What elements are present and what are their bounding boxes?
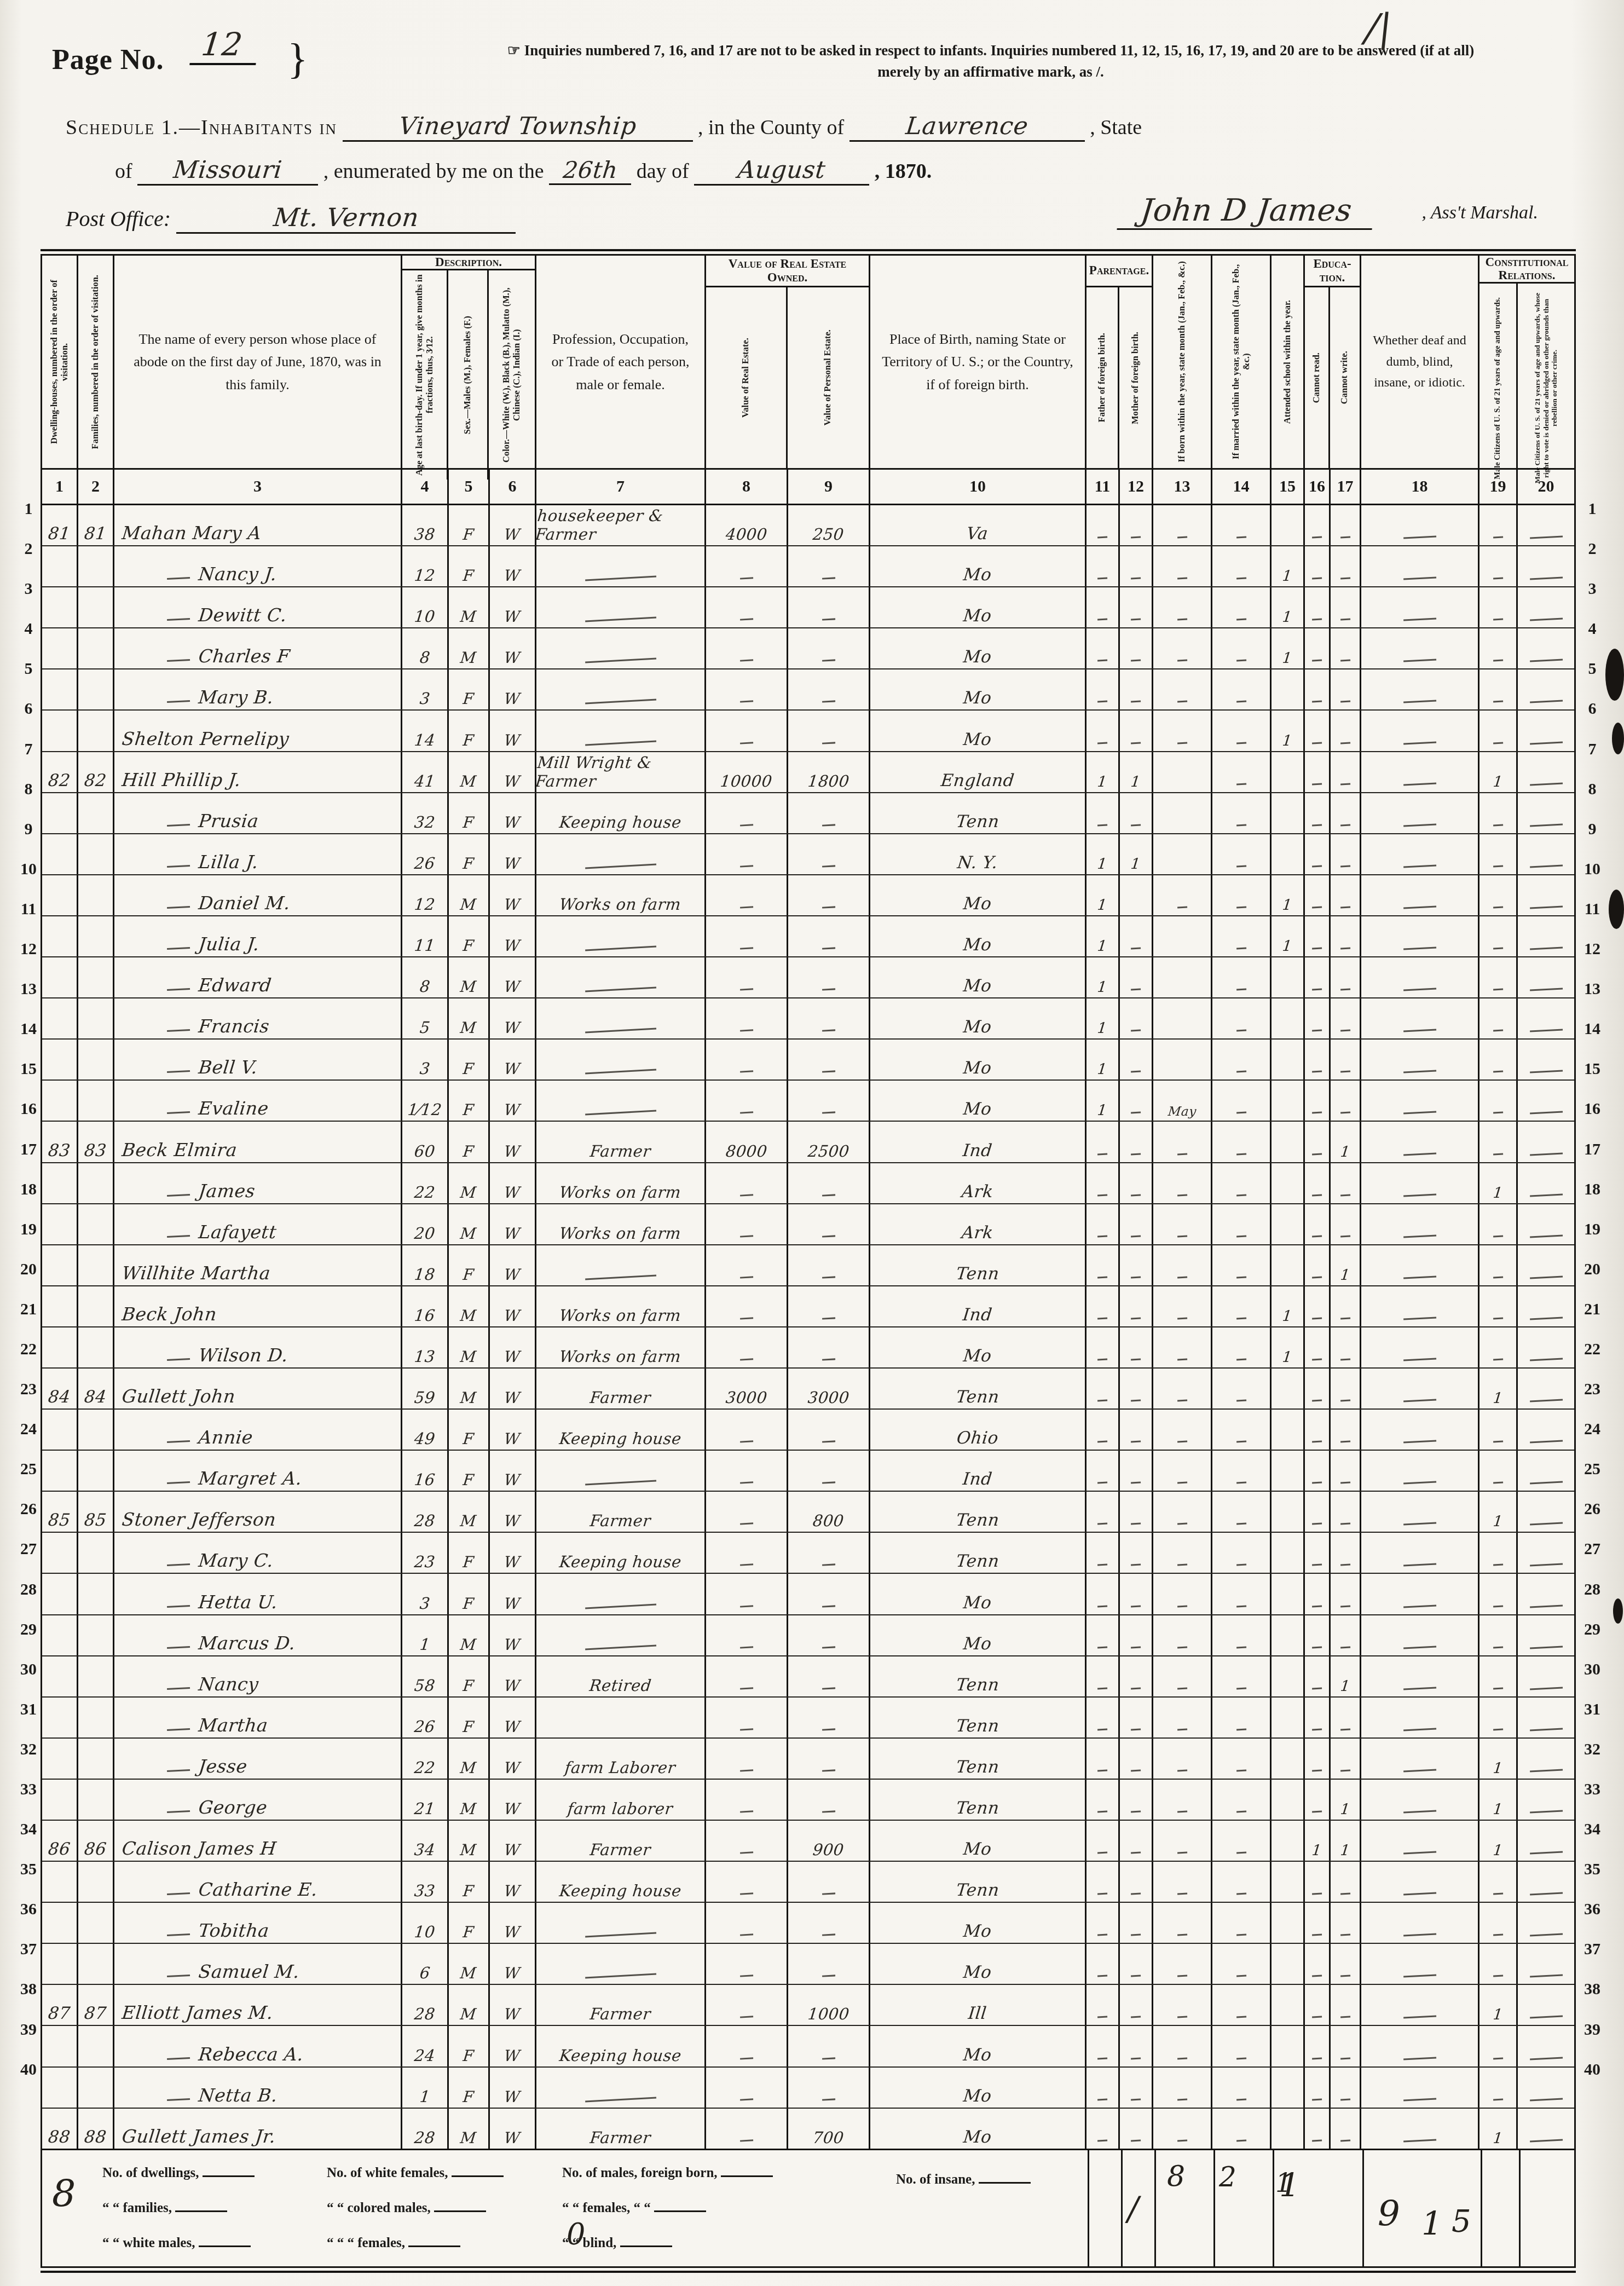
cell-real-estate: 4000 — [706, 505, 788, 545]
cell-mark-19: 1 — [1479, 1163, 1518, 1203]
row-number-left: 1 — [16, 497, 41, 536]
cell-mark-14 — [1212, 1862, 1272, 1902]
col-number-12: 12 — [1120, 470, 1153, 504]
cell-mark-13 — [1153, 2068, 1212, 2108]
cell-mark-12 — [1120, 793, 1153, 833]
cell-age: 13 — [402, 1327, 449, 1367]
table-header: Dwelling-houses, numbered in the order o… — [42, 256, 1574, 470]
cell-name: Wilson D. — [114, 1327, 402, 1367]
table-row: Annie49FWKeeping houseOhio — [42, 1410, 1574, 1451]
cell-age: 32 — [402, 793, 449, 833]
cell-mark-17 — [1331, 1985, 1361, 2025]
stray-mark: /| — [1363, 5, 1395, 50]
row-number-right: 16 — [1580, 1096, 1604, 1136]
cell-mark-16 — [1305, 1533, 1331, 1573]
cell-mark-20 — [1518, 1821, 1574, 1861]
cell-mark-18 — [1361, 1574, 1479, 1614]
row-number-right: 11 — [1580, 897, 1604, 937]
cell-age: 8 — [402, 628, 449, 668]
cell-mark-19 — [1479, 628, 1518, 668]
cell-birthplace: Mo — [870, 546, 1086, 586]
row-number-left: 24 — [16, 1417, 41, 1457]
cell-mark-11: 1 — [1086, 752, 1120, 792]
col-label-1: Dwelling-houses, numbered in the order o… — [49, 261, 70, 463]
cell-sex: M — [449, 998, 490, 1038]
cell-family — [78, 1780, 114, 1820]
cell-age: 26 — [402, 1698, 449, 1737]
cell-real-estate — [706, 793, 788, 833]
cell-family — [78, 2026, 114, 2066]
cell-personal-estate — [788, 669, 870, 709]
col-label-6: Color.—White (W.), Black (B.), Mulatto (… — [501, 274, 522, 476]
table-row: 8282Hill Phillip J.41MWMill Wright & Far… — [42, 752, 1574, 793]
col-label-20: Male Citizens of U. S. of 21 years of ag… — [1533, 287, 1559, 489]
cell-color: W — [490, 875, 536, 915]
cell-mark-18 — [1361, 1698, 1479, 1737]
cell-mark-17 — [1331, 1163, 1361, 1203]
cell-mark-14 — [1212, 1698, 1272, 1737]
cell-color: W — [490, 1122, 536, 1162]
col-number-2: 2 — [78, 470, 114, 504]
cell-birthplace: Mo — [870, 916, 1086, 956]
cell-birthplace: Tenn — [870, 1369, 1086, 1408]
row-number-right: 34 — [1580, 1817, 1604, 1857]
cell-mark-18 — [1361, 1040, 1479, 1079]
col-label-8: Value of Real Estate. — [741, 338, 751, 418]
cell-mark-20 — [1518, 1245, 1574, 1285]
cell-sex: F — [449, 1451, 490, 1491]
cell-sex: F — [449, 1040, 490, 1079]
cell-mark-17 — [1331, 628, 1361, 668]
cell-mark-13 — [1153, 1903, 1212, 1943]
cell-mark-16 — [1305, 505, 1331, 545]
cell-occupation — [536, 1451, 706, 1491]
cell-age: 28 — [402, 1985, 449, 2025]
row-number-left: 23 — [16, 1377, 41, 1417]
cell-age: 18 — [402, 1245, 449, 1285]
cell-personal-estate — [788, 1163, 870, 1203]
cell-dwelling — [42, 1656, 78, 1696]
row-number-right: 40 — [1580, 2057, 1604, 2097]
cell-mark-20 — [1518, 1615, 1574, 1655]
cell-dwelling — [42, 1451, 78, 1491]
col-number-9: 9 — [788, 470, 870, 504]
cell-dwelling — [42, 546, 78, 586]
cell-family — [78, 1163, 114, 1203]
cell-mark-18 — [1361, 1122, 1479, 1162]
cell-mark-13 — [1153, 875, 1212, 915]
row-number-gutter-left: 1234567891011121314151617181920212223242… — [16, 249, 41, 2273]
table-row: Willhite Martha18FWTenn1 — [42, 1245, 1574, 1286]
cell-mark-12 — [1120, 957, 1153, 997]
cell-mark-13 — [1153, 1739, 1212, 1779]
group-description: Description. Age at last birth-day. If u… — [402, 256, 536, 468]
cell-age: 22 — [402, 1739, 449, 1779]
cell-mark-16 — [1305, 2109, 1331, 2149]
cell-age: 3 — [402, 1040, 449, 1079]
cell-mark-18 — [1361, 505, 1479, 545]
cell-mark-11: 1 — [1086, 875, 1120, 915]
cell-name: Beck John — [114, 1286, 402, 1326]
cell-personal-estate — [788, 916, 870, 956]
cell-mark-14 — [1212, 752, 1272, 792]
cell-mark-20 — [1518, 2026, 1574, 2066]
cell-birthplace: Ark — [870, 1163, 1086, 1203]
cell-birthplace: Tenn — [870, 1492, 1086, 1532]
cell-mark-19 — [1479, 505, 1518, 545]
cell-mark-12 — [1120, 875, 1153, 915]
cell-age: 11 — [402, 916, 449, 956]
col-number-16: 16 — [1305, 470, 1331, 504]
cell-family — [78, 1204, 114, 1244]
cell-color: W — [490, 1821, 536, 1861]
cell-personal-estate — [788, 2026, 870, 2066]
cell-birthplace: Mo — [870, 1327, 1086, 1367]
cell-mark-18 — [1361, 628, 1479, 668]
cell-dwelling — [42, 1081, 78, 1121]
cell-mark-18 — [1361, 1656, 1479, 1696]
cell-age: 49 — [402, 1410, 449, 1450]
cell-mark-12 — [1120, 1204, 1153, 1244]
cell-age: 1 — [402, 2068, 449, 2108]
cell-mark-20 — [1518, 752, 1574, 792]
col-label-17: Cannot write. — [1339, 351, 1350, 404]
cell-sex: M — [449, 1369, 490, 1408]
cell-sex: M — [449, 1327, 490, 1367]
table-row: Daniel M.12MWWorks on farmMo11 — [42, 875, 1574, 916]
cell-family — [78, 916, 114, 956]
cell-mark-19 — [1479, 546, 1518, 586]
cell-occupation: Farmer — [536, 1492, 706, 1532]
cell-dwelling — [42, 1204, 78, 1244]
cell-color: W — [490, 752, 536, 792]
cell-mark-11 — [1086, 1163, 1120, 1203]
col-label-16: Cannot read. — [1311, 353, 1322, 403]
cell-mark-16 — [1305, 1780, 1331, 1820]
cell-mark-16 — [1305, 628, 1331, 668]
cell-mark-12 — [1120, 2109, 1153, 2149]
cell-personal-estate — [788, 2068, 870, 2108]
township-value: Vineyard Township — [397, 112, 638, 140]
enumerated-label: , enumerated by me on the — [323, 160, 544, 183]
cell-mark-19 — [1479, 1698, 1518, 1737]
cell-mark-13 — [1153, 1615, 1212, 1655]
row-number-left: 2 — [16, 536, 41, 576]
cell-mark-14 — [1212, 1574, 1272, 1614]
cell-name: Martha — [114, 1698, 402, 1737]
cell-occupation: farm Laborer — [536, 1739, 706, 1779]
cell-real-estate — [706, 1780, 788, 1820]
cell-mark-14 — [1212, 1040, 1272, 1079]
cell-mark-12 — [1120, 1780, 1153, 1820]
cell-mark-19 — [1479, 916, 1518, 956]
cell-mark-14 — [1212, 2109, 1272, 2149]
cell-mark-12 — [1120, 1081, 1153, 1121]
cell-mark-13 — [1153, 1492, 1212, 1532]
tally-white-females-label: No. of white females, — [327, 2166, 448, 2180]
cell-occupation — [536, 1040, 706, 1079]
cell-family: 81 — [78, 505, 114, 545]
row-number-right: 1 — [1580, 497, 1604, 536]
cell-sex: F — [449, 1410, 490, 1450]
cell-color: W — [490, 628, 536, 668]
cell-dwelling — [42, 711, 78, 751]
cell-birthplace: Ind — [870, 1451, 1086, 1491]
cell-mark-18 — [1361, 2026, 1479, 2066]
cell-mark-15 — [1272, 1862, 1305, 1902]
cell-personal-estate — [788, 587, 870, 627]
cell-name: George — [114, 1780, 402, 1820]
cell-mark-14 — [1212, 628, 1272, 668]
cell-mark-20 — [1518, 669, 1574, 709]
row-number-left: 6 — [16, 696, 41, 736]
cell-mark-18 — [1361, 1451, 1479, 1491]
cell-mark-20 — [1518, 628, 1574, 668]
cell-mark-18 — [1361, 752, 1479, 792]
cell-mark-18 — [1361, 1821, 1479, 1861]
cell-mark-15 — [1272, 1780, 1305, 1820]
column-number-row: 1234567891011121314151617181920 — [42, 470, 1574, 505]
cell-family — [78, 669, 114, 709]
cell-sex: M — [449, 1821, 490, 1861]
cell-occupation: Farmer — [536, 1369, 706, 1408]
cell-mark-11: 1 — [1086, 957, 1120, 997]
cell-mark-11 — [1086, 546, 1120, 586]
cell-mark-11 — [1086, 711, 1120, 751]
cell-personal-estate: 3000 — [788, 1369, 870, 1408]
cell-age: 10 — [402, 587, 449, 627]
row-number-left: 19 — [16, 1217, 41, 1257]
cell-mark-13 — [1153, 1369, 1212, 1408]
cell-real-estate — [706, 875, 788, 915]
cell-occupation: Keeping house — [536, 1410, 706, 1450]
cell-mark-12 — [1120, 1040, 1153, 1079]
cell-sex: F — [449, 1574, 490, 1614]
col-number-3: 3 — [114, 470, 402, 504]
cell-age: 22 — [402, 1163, 449, 1203]
cell-mark-20 — [1518, 916, 1574, 956]
row-number-right: 30 — [1580, 1657, 1604, 1697]
page-no-label: Page No. — [52, 44, 164, 76]
cell-real-estate — [706, 1245, 788, 1285]
cell-mark-17 — [1331, 1451, 1361, 1491]
cell-personal-estate — [788, 1944, 870, 1984]
cell-mark-20 — [1518, 1492, 1574, 1532]
cell-mark-14 — [1212, 1451, 1272, 1491]
cell-mark-20 — [1518, 1451, 1574, 1491]
cell-age: 14 — [402, 711, 449, 751]
cell-mark-14 — [1212, 793, 1272, 833]
cell-mark-12 — [1120, 711, 1153, 751]
cell-mark-19 — [1479, 1410, 1518, 1450]
cell-mark-19: 1 — [1479, 1739, 1518, 1779]
cell-mark-19: 1 — [1479, 1985, 1518, 2025]
cell-mark-16 — [1305, 1369, 1331, 1408]
cell-mark-15 — [1272, 1656, 1305, 1696]
group-education: Educa-tion. Cannot read. Cannot write. — [1305, 256, 1361, 468]
cell-dwelling: 81 — [42, 505, 78, 545]
cell-mark-11 — [1086, 1410, 1120, 1450]
cell-mark-13 — [1153, 1862, 1212, 1902]
cell-color: W — [490, 1698, 536, 1737]
cell-name: Julia J. — [114, 916, 402, 956]
cell-mark-11 — [1086, 1574, 1120, 1614]
cell-color: W — [490, 1286, 536, 1326]
cell-sex: M — [449, 875, 490, 915]
cell-mark-18 — [1361, 1862, 1479, 1902]
cell-age: 33 — [402, 1862, 449, 1902]
cell-real-estate — [706, 1985, 788, 2025]
cell-mark-20 — [1518, 1985, 1574, 2025]
cell-dwelling — [42, 1780, 78, 1820]
table-row: James22MWWorks on farmArk1 — [42, 1163, 1574, 1204]
cell-sex: F — [449, 1656, 490, 1696]
cell-occupation: Works on farm — [536, 875, 706, 915]
table-row: 8484Gullett John59MWFarmer30003000Tenn1 — [42, 1369, 1574, 1410]
cell-mark-19 — [1479, 1656, 1518, 1696]
cell-name: Jesse — [114, 1739, 402, 1779]
cell-name: Evaline — [114, 1081, 402, 1121]
cell-dwelling — [42, 1944, 78, 1984]
cell-mark-13 — [1153, 628, 1212, 668]
cell-mark-13 — [1153, 2109, 1212, 2149]
cell-mark-17 — [1331, 587, 1361, 627]
cell-mark-13 — [1153, 1780, 1212, 1820]
scan-smudge — [1609, 890, 1624, 929]
row-number-right: 35 — [1580, 1857, 1604, 1897]
row-number-right: 28 — [1580, 1577, 1604, 1617]
col-number-1: 1 — [42, 470, 78, 504]
cell-occupation: Works on farm — [536, 1204, 706, 1244]
cell-sex: M — [449, 628, 490, 668]
row-number-left: 32 — [16, 1737, 41, 1777]
cell-mark-11 — [1086, 1780, 1120, 1820]
cell-mark-17 — [1331, 2068, 1361, 2108]
cell-mark-19 — [1479, 957, 1518, 997]
cell-real-estate — [706, 1492, 788, 1532]
row-number-right: 7 — [1580, 737, 1604, 777]
cell-mark-15: 1 — [1272, 628, 1305, 668]
col-label-15: Attended school within the year. — [1282, 300, 1293, 424]
row-number-right: 27 — [1580, 1537, 1604, 1577]
cell-mark-18 — [1361, 1944, 1479, 1984]
cell-mark-20 — [1518, 1369, 1574, 1408]
table-row: Shelton Pernelipy14FWMo1 — [42, 711, 1574, 752]
cell-mark-13 — [1153, 1656, 1212, 1696]
cell-mark-16: 1 — [1305, 1821, 1331, 1861]
cell-dwelling: 85 — [42, 1492, 78, 1532]
cell-mark-15 — [1272, 834, 1305, 874]
cell-dwelling — [42, 2026, 78, 2066]
cell-mark-11 — [1086, 2068, 1120, 2108]
cell-personal-estate — [788, 711, 870, 751]
cell-mark-18 — [1361, 1163, 1479, 1203]
cell-personal-estate — [788, 1903, 870, 1943]
table-row: 8585Stoner Jefferson28MWFarmer800Tenn1 — [42, 1492, 1574, 1533]
cell-sex: F — [449, 1862, 490, 1902]
cell-age: 5 — [402, 998, 449, 1038]
row-number-left: 17 — [16, 1137, 41, 1177]
cell-mark-14 — [1212, 916, 1272, 956]
cell-sex: F — [449, 1533, 490, 1573]
cell-real-estate — [706, 1944, 788, 1984]
cell-color: W — [490, 916, 536, 956]
row-number-gutter-right: 1234567891011121314151617181920212223242… — [1576, 249, 1604, 2273]
cell-sex: F — [449, 1122, 490, 1162]
schedule-label: Schedule 1.—Inhabitants in — [66, 116, 337, 139]
cell-mark-11 — [1086, 1533, 1120, 1573]
cell-sex: M — [449, 2109, 490, 2149]
cell-dwelling — [42, 834, 78, 874]
cell-mark-17 — [1331, 2109, 1361, 2149]
month-value: August — [737, 156, 827, 184]
cell-mark-13 — [1153, 1574, 1212, 1614]
cell-mark-12 — [1120, 1492, 1153, 1532]
cell-mark-13 — [1153, 1821, 1212, 1861]
cell-real-estate — [706, 1327, 788, 1367]
cell-mark-15 — [1272, 998, 1305, 1038]
table-row: Tobitha10FWMo — [42, 1903, 1574, 1944]
cell-mark-14 — [1212, 1944, 1272, 1984]
cell-age: 59 — [402, 1369, 449, 1408]
col-label-7: Profession, Occupation, or Trade of each… — [546, 328, 695, 396]
instruction-line1: ☞ Inquiries numbered 7, 16, and 17 are n… — [507, 42, 1475, 59]
cell-dwelling: 88 — [42, 2109, 78, 2149]
cell-mark-15 — [1272, 957, 1305, 997]
cell-mark-11: 1 — [1086, 1081, 1120, 1121]
cell-birthplace: Ark — [870, 1204, 1086, 1244]
cell-occupation: Keeping house — [536, 1533, 706, 1573]
cell-mark-16 — [1305, 1944, 1331, 1984]
cell-sex: M — [449, 752, 490, 792]
cell-dwelling — [42, 1698, 78, 1737]
cell-dwelling: 84 — [42, 1369, 78, 1408]
cell-birthplace: England — [870, 752, 1086, 792]
cell-name: Prusia — [114, 793, 402, 833]
col-number-11: 11 — [1086, 470, 1120, 504]
cell-real-estate — [706, 2068, 788, 2108]
cell-dwelling: 87 — [42, 1985, 78, 2025]
cell-birthplace: Tenn — [870, 793, 1086, 833]
cell-occupation: Keeping house — [536, 793, 706, 833]
cell-real-estate — [706, 957, 788, 997]
group-real-estate-title: Value of Real Estate Owned. — [706, 256, 869, 287]
cell-mark-15 — [1272, 1903, 1305, 1943]
row-number-left: 36 — [16, 1897, 41, 1937]
cell-mark-20 — [1518, 998, 1574, 1038]
cell-personal-estate: 250 — [788, 505, 870, 545]
schedule-line-1: Schedule 1.—Inhabitants in Vineyard Town… — [66, 112, 1576, 142]
cell-dwelling — [42, 998, 78, 1038]
cell-mark-13 — [1153, 546, 1212, 586]
cell-mark-16 — [1305, 1451, 1331, 1491]
cell-mark-18 — [1361, 2109, 1479, 2149]
cell-mark-12 — [1120, 1944, 1153, 1984]
cell-mark-13 — [1153, 1698, 1212, 1737]
col-label-4: Age at last birth-day. If under 1 year, … — [414, 274, 435, 476]
row-number-left: 13 — [16, 977, 41, 1017]
cell-mark-18 — [1361, 1492, 1479, 1532]
table-row: Prusia32FWKeeping houseTenn — [42, 793, 1574, 834]
cell-color: W — [490, 793, 536, 833]
col-label-10: Place of Birth, naming State or Territor… — [880, 328, 1075, 396]
cell-real-estate — [706, 1615, 788, 1655]
row-number-right: 39 — [1580, 2017, 1604, 2057]
cell-mark-15: 1 — [1272, 711, 1305, 751]
cell-name: Marcus D. — [114, 1615, 402, 1655]
cell-real-estate — [706, 998, 788, 1038]
row-number-left: 4 — [16, 616, 41, 656]
